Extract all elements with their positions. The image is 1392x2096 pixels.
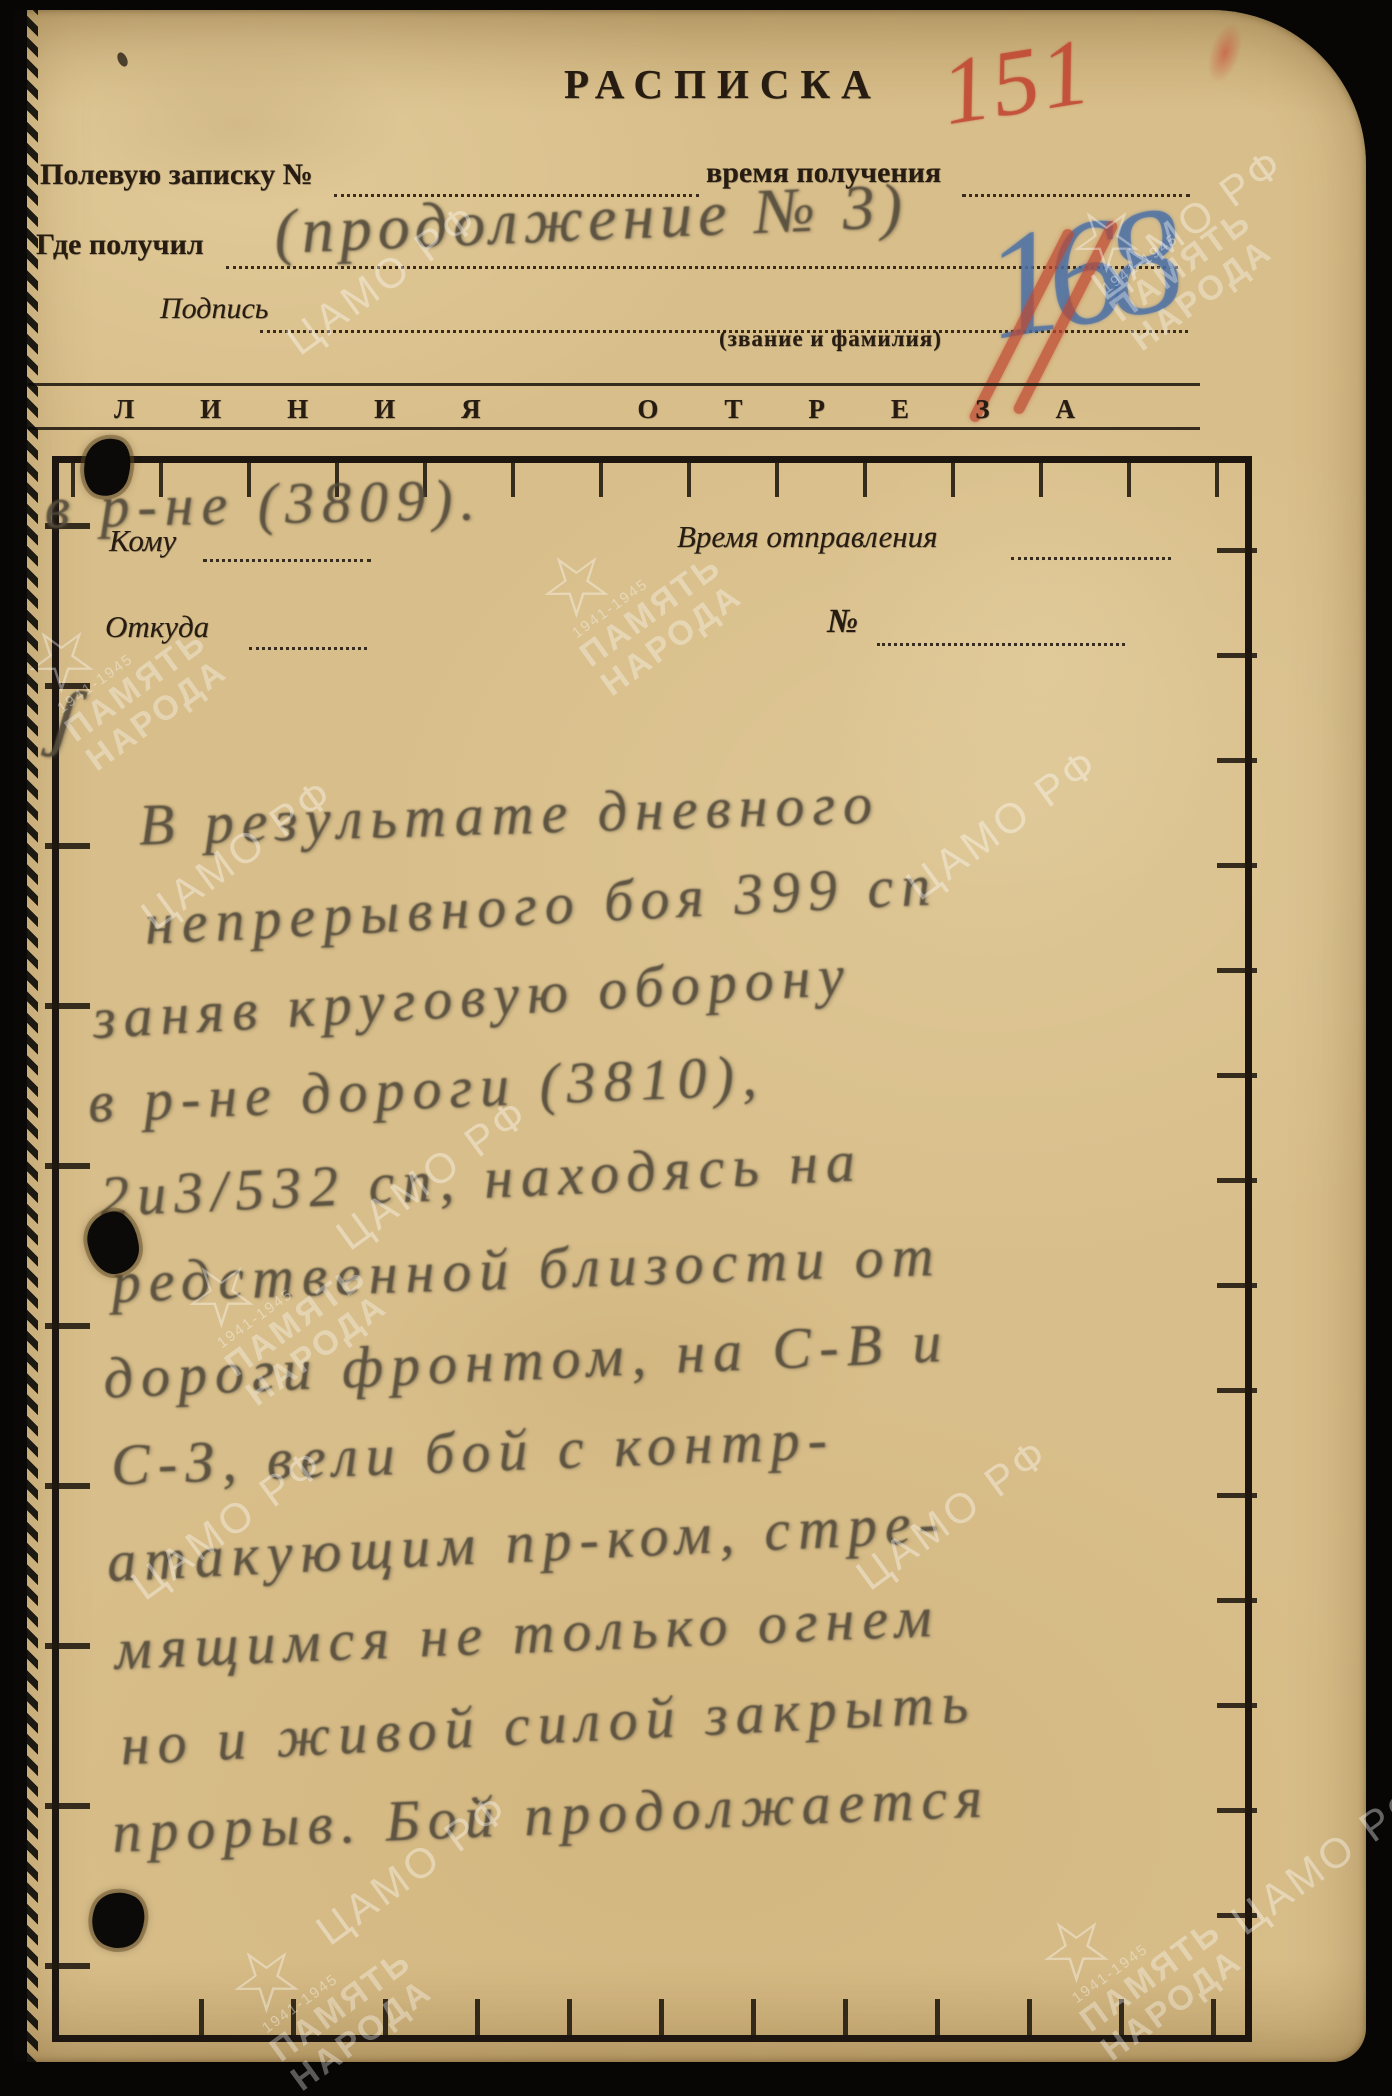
signature-hint: (звание и фамилия) [719, 326, 942, 352]
handwritten-line: С-З, вели бой с контр- [110, 1405, 836, 1498]
cut-line-label: ЛИНИЯ ОТРЕЗА [114, 394, 1141, 425]
signature-label: Подпись [160, 292, 268, 326]
dispatch-section: Кому Время отправления Откуда № ʃ В резу… [52, 456, 1252, 2042]
handwritten-line: мящимся не только огнем [113, 1583, 940, 1683]
handwritten-line: но и живой силой закрыть [119, 1668, 977, 1778]
handwritten-line: дороги фронтом, на С-В и [102, 1308, 950, 1412]
field-note-label: Полевую записку № [40, 158, 313, 192]
handwritten-line: непрерывного боя 399 сп [143, 851, 939, 958]
scanned-document: РАСПИСКА 151 Полевую записку № время пол… [14, 10, 1366, 2062]
scan-background: { "document": { "red_page_number": "151"… [0, 0, 1392, 2096]
form-title: РАСПИСКА [564, 60, 882, 108]
blue-crossed-number: 168 [972, 173, 1182, 374]
handwritten-paraph: ʃ [50, 673, 82, 762]
handwritten-line: 2и3/532 сп, находясь на [98, 1127, 864, 1230]
ink-speck [115, 51, 129, 68]
torn-edge-perforation [27, 10, 38, 2062]
handwritten-line: В результате дневного [138, 770, 881, 859]
handwritten-message: ʃ В результате дневного непрерывного боя… [44, 452, 1260, 2046]
handwritten-line: атакующим пр-ком, стре- [105, 1489, 947, 1595]
red-page-number: 151 [934, 17, 1099, 147]
form-title-text: РАСПИСКА [564, 61, 882, 107]
cut-line-rule-bottom [28, 427, 1200, 430]
torn-edge [14, 10, 27, 2062]
handwritten-line: прорыв. Бой продолжается [111, 1763, 991, 1865]
handwritten-line: редственной близости от [110, 1222, 942, 1316]
red-pencil-smudge [1201, 19, 1249, 87]
where-received-label: Где получил [36, 228, 204, 262]
handwritten-line: в р-не дороги (3810), [87, 1042, 766, 1136]
cut-line-rule-top [28, 383, 1200, 386]
handwritten-line: заняв круговую оборону [91, 942, 854, 1053]
